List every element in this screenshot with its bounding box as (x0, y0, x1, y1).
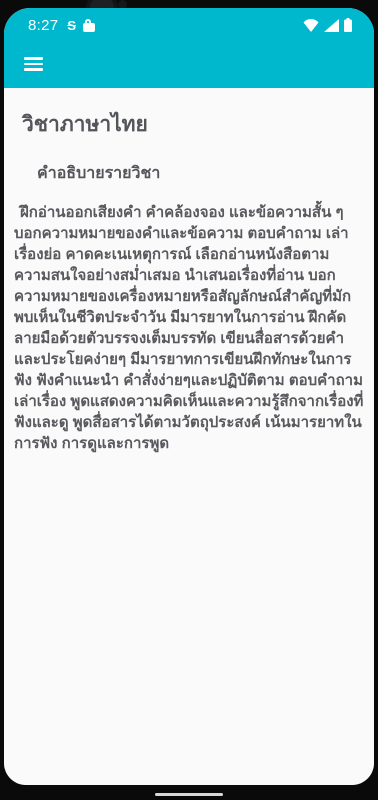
wifi-icon (303, 19, 319, 32)
course-description-text: ฝึกอ่านออกเสียงคำ คำคล้องจอง และข้อความส… (14, 202, 366, 454)
content-area: วิชาภาษาไทย คำอธิบายรายวิชา ฝึกอ่านออกเส… (4, 88, 374, 785)
notification-icons: S (67, 19, 95, 32)
gesture-navigation-pill[interactable] (155, 793, 223, 797)
cellular-signal-icon (324, 19, 339, 32)
section-heading: คำอธิบายรายวิชา (37, 161, 366, 186)
hamburger-menu-icon[interactable] (24, 54, 43, 74)
page-title: วิชาภาษาไทย (22, 108, 366, 141)
s-badge-icon: S (67, 19, 76, 32)
lock-icon (83, 19, 95, 32)
system-status-icons (303, 18, 352, 32)
status-bar: 8:27 S (4, 8, 374, 40)
app-bar (4, 40, 374, 88)
clock: 8:27 (28, 17, 58, 34)
phone-screen: 8:27 S วิชาภาษาไทย คำอธิบายรา (4, 8, 374, 785)
battery-icon (344, 18, 352, 32)
